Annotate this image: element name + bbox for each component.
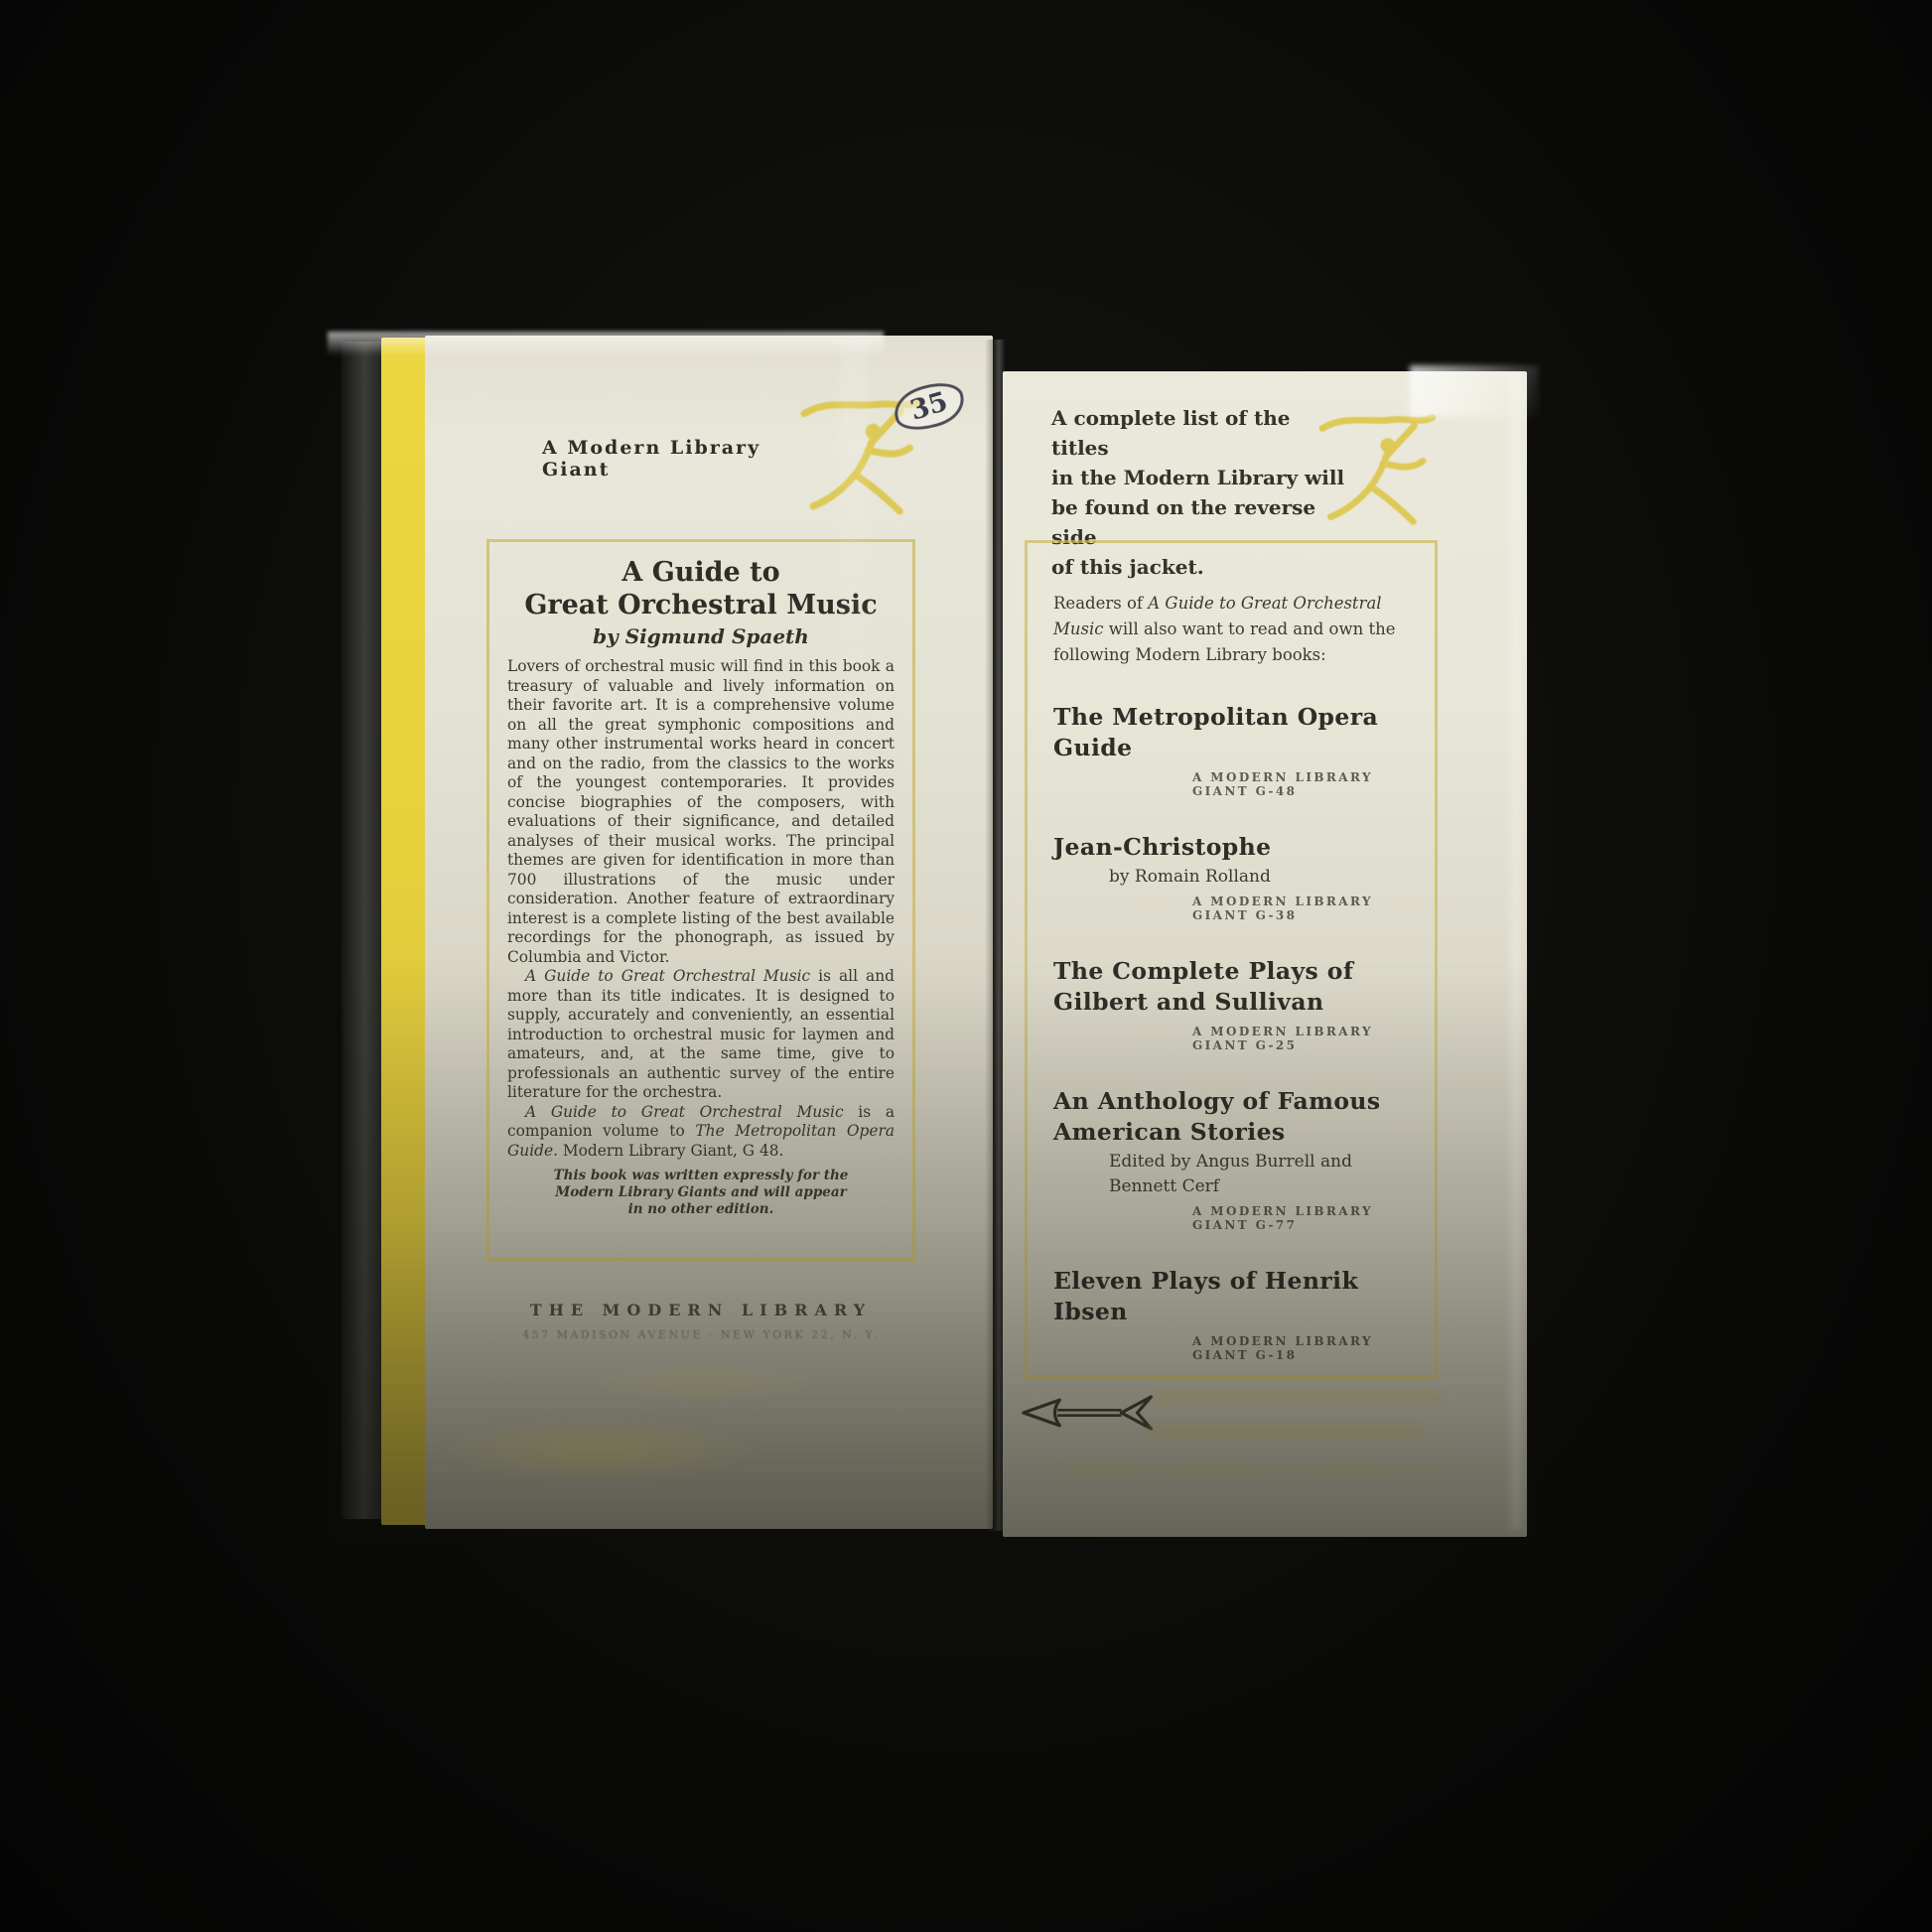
show-through-text-smudge <box>1154 1390 1442 1405</box>
book-author-byline: by Sigmund Spaeth <box>507 624 895 648</box>
book-entry-title: Jean-Christophe <box>1053 832 1409 863</box>
description-paragraph-1: Lovers of orchestral music will find in … <box>507 657 895 967</box>
book-entry-title: Gilbert and Sullivan <box>1053 987 1409 1018</box>
notice-line: A complete list of the titles <box>1051 403 1349 463</box>
book-entry-catalog: A MODERN LIBRARY GIANT G-25 <box>1192 1025 1409 1052</box>
book-cover-edge <box>342 342 383 1519</box>
book-entry-title: The Metropolitan Opera Guide <box>1053 702 1409 763</box>
publisher-name: THE MODERN LIBRARY <box>486 1301 915 1319</box>
show-through-text-smudge <box>1062 1463 1440 1476</box>
description-paragraph-2: A Guide to Great Orchestral Music is all… <box>507 967 895 1103</box>
book-entry-catalog: A MODERN LIBRARY GIANT G-48 <box>1192 770 1409 798</box>
publisher-address: 457 MADISON AVENUE · NEW YORK 22, N. Y. <box>486 1328 915 1341</box>
notice-line: in the Modern Library will <box>1051 463 1349 492</box>
show-through-text-smudge <box>1146 1424 1424 1439</box>
edition-note: This book was written expressly for the … <box>546 1168 856 1218</box>
book-title-line2: Great Orchestral Music <box>507 589 895 621</box>
book-entry-title: American Stories <box>1053 1117 1409 1148</box>
book-list-item: The Metropolitan Opera Guide A MODERN LI… <box>1053 702 1409 798</box>
book-dust-jacket: A Modern Library Giant 35 A Guide to Gre… <box>328 332 1529 1537</box>
book-list-item: The Complete Plays of Gilbert and Sulliv… <box>1053 956 1409 1052</box>
book-entry-title: The Complete Plays of <box>1053 956 1409 987</box>
book-list-item: Jean-Christophe by Romain Rolland A MODE… <box>1053 832 1409 922</box>
photo-backdrop: A Modern Library Giant 35 A Guide to Gre… <box>0 0 1932 1932</box>
book-entry-catalog: A MODERN LIBRARY GIANT G-77 <box>1192 1204 1409 1232</box>
book-entry-byline: Edited by Angus Burrell and <box>1109 1152 1409 1173</box>
modern-library-giant-header: A Modern Library Giant <box>542 437 820 481</box>
book-entry-title: Eleven Plays of Henrik Ibsen <box>1053 1266 1409 1327</box>
right-jacket-panel: A complete list of the titles in the Mod… <box>1003 371 1527 1537</box>
yellow-spine-stripe <box>381 338 429 1525</box>
description-text: Lovers of orchestral music will find in … <box>507 657 895 1218</box>
book-list-item: Eleven Plays of Henrik Ibsen A MODERN LI… <box>1053 1266 1409 1362</box>
arrow-icon <box>1011 1386 1160 1440</box>
book-list-item: An Anthology of Famous American Stories … <box>1053 1086 1409 1232</box>
book-entry-title: An Anthology of Famous <box>1053 1086 1409 1117</box>
show-through-smudge <box>435 1418 762 1483</box>
jacket-fold-crease <box>985 340 1005 1531</box>
book-entry-byline: Bennett Cerf <box>1109 1176 1409 1197</box>
book-entry-catalog: A MODERN LIBRARY GIANT G-18 <box>1192 1334 1409 1362</box>
left-jacket-panel: A Modern Library Giant 35 A Guide to Gre… <box>425 336 993 1529</box>
description-paragraph-3: A Guide to Great Orchestral Music is a c… <box>507 1103 895 1162</box>
book-entry-catalog: A MODERN LIBRARY GIANT G-38 <box>1192 895 1409 922</box>
recommendations-intro: Readers of A Guide to Great Orchestral M… <box>1053 591 1409 668</box>
book-entry-byline: by Romain Rolland <box>1109 867 1409 888</box>
show-through-smudge <box>574 1363 832 1403</box>
description-box: A Guide to Great Orchestral Music by Sig… <box>486 539 915 1261</box>
recommended-books-box: Readers of A Guide to Great Orchestral M… <box>1025 540 1438 1379</box>
torch-runner-logo-icon <box>1312 409 1444 530</box>
book-title-line1: A Guide to <box>507 556 895 589</box>
